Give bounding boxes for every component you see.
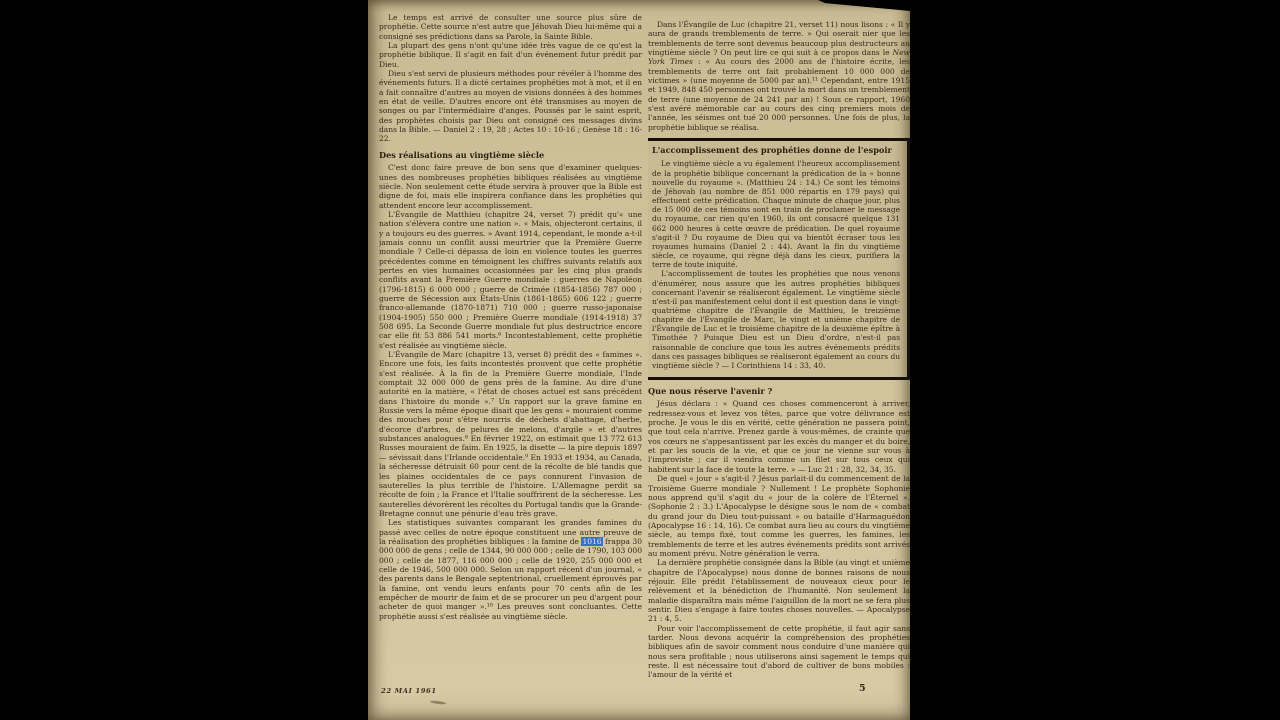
page-number: 5: [859, 683, 866, 694]
box-paragraph-assurance: L'accomplissement de toutes les prophéti…: [652, 269, 900, 370]
statistiques-text-after: frappa 30 000 000 de gens ; celle de 134…: [379, 537, 642, 621]
paragraph-vague: La plupart des gens n'ont qu'une idée tr…: [379, 41, 642, 69]
page-corner-shadow: [818, 0, 910, 11]
paragraph-jour: De quel « jour » s'agit-il ? Jésus parla…: [648, 474, 910, 558]
black-background: Le temps est arrivé de consulter une sou…: [0, 0, 1280, 720]
left-column: Le temps est arrivé de consulter une sou…: [379, 13, 642, 681]
paragraph-statistiques: Les statistiques suivantes comparant les…: [379, 518, 642, 621]
paragraph-luc: Dans l'Évangile de Luc (chapitre 21, ver…: [648, 20, 910, 132]
paragraph-marc: L'Évangile de Marc (chapitre 13, verset …: [379, 350, 642, 518]
paragraph-matthieu: L'Évangile de Matthieu (chapitre 24, ver…: [379, 210, 642, 350]
section-heading-avenir: Que nous réserve l'avenir ?: [648, 387, 910, 396]
paragraph-derniere: La dernière prophétie consignée dans la …: [648, 558, 910, 623]
right-column: Dans l'Évangile de Luc (chapitre 21, ver…: [648, 20, 910, 710]
paragraph-source: Le temps est arrivé de consulter une sou…: [379, 13, 642, 41]
paper-crease: [430, 700, 446, 705]
boxed-sidebar: L'accomplissement des prophéties donne d…: [648, 138, 910, 380]
section-heading-realisations: Des réalisations au vingtième siècle: [379, 151, 642, 160]
paragraph-jesus: Jésus déclara : « Quand ces choses comme…: [648, 399, 910, 474]
paragraph-methodes: Dieu s'est servi de plusieurs méthodes p…: [379, 69, 642, 144]
paragraph-bon-sens: C'est donc faire preuve de bon sens que …: [379, 163, 642, 210]
magazine-page: Le temps est arrivé de consulter une sou…: [368, 0, 910, 720]
search-highlight: 1016: [581, 537, 602, 546]
box-heading-accomplissement: L'accomplissement des prophéties donne d…: [652, 146, 900, 155]
paragraph-agir: Pour voir l'accomplissement de cette pro…: [648, 624, 910, 680]
luc-text-before: Dans l'Évangile de Luc (chapitre 21, ver…: [648, 20, 910, 57]
footer-date: 22 MAI 1961: [381, 687, 437, 695]
luc-text-after: : « Au cours des 2000 ans de l'histoire …: [648, 57, 910, 131]
box-paragraph-predication: Le vingtième siècle a vu également l'heu…: [652, 159, 900, 269]
